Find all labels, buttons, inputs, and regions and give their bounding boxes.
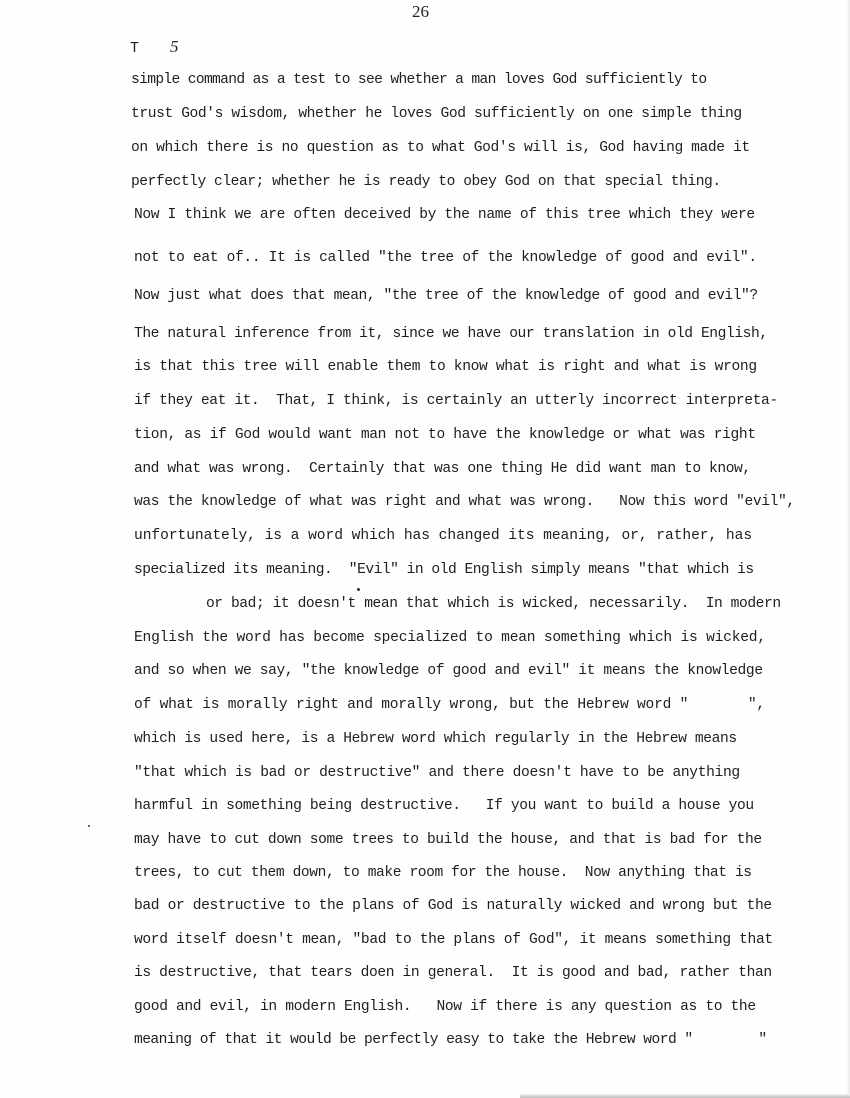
text-line: which is used here, is a Hebrew word whi… [134, 730, 737, 748]
text-line: Now I think we are often deceived by the… [134, 206, 755, 224]
ink-speck [88, 825, 90, 827]
section-header-mark: T5 [130, 37, 179, 57]
text-line: and what was wrong. Certainly that was o… [134, 460, 751, 478]
text-line: harmful in something being destructive. … [134, 797, 754, 815]
text-line: simple command as a test to see whether … [131, 71, 706, 89]
text-line: word itself doesn't mean, "bad to the pl… [134, 931, 773, 949]
text-line: English the word has become specialized … [134, 629, 766, 647]
text-line: is that this tree will enable them to kn… [134, 358, 757, 376]
text-line: bad or destructive to the plans of God i… [134, 897, 772, 915]
text-line: trees, to cut them down, to make room fo… [134, 864, 752, 882]
text-line: perfectly clear; whether he is ready to … [131, 173, 721, 191]
header-letter: T [130, 40, 170, 57]
text-line: not to eat of.. It is called "the tree o… [134, 249, 757, 267]
text-line: Now just what does that mean, "the tree … [134, 287, 758, 305]
text-line: specialized its meaning. "Evil" in old E… [134, 561, 754, 579]
text-line: may have to cut down some trees to build… [134, 831, 762, 849]
header-number: 5 [170, 37, 179, 56]
text-line: of what is morally right and morally wro… [134, 696, 765, 714]
text-line: good and evil, in modern English. Now if… [134, 998, 756, 1016]
text-line: meaning of that it would be perfectly ea… [134, 1031, 767, 1049]
text-line: tion, as if God would want man not to ha… [134, 426, 756, 444]
text-line: and so when we say, "the knowledge of go… [134, 662, 763, 680]
text-line: unfortunately, is a word which has chang… [134, 527, 752, 545]
text-line: The natural inference from it, since we … [134, 325, 768, 343]
text-line: was the knowledge of what was right and … [134, 493, 795, 511]
text-line: if they eat it. That, I think, is certai… [134, 392, 778, 410]
text-line: "that which is bad or destructive" and t… [134, 764, 740, 782]
text-line: is destructive, that tears doen in gener… [134, 964, 772, 982]
ink-speck [357, 588, 360, 591]
text-line: trust God's wisdom, whether he loves God… [131, 105, 742, 123]
scan-bottom-shadow [520, 1094, 850, 1098]
text-line: on which there is no question as to what… [131, 139, 750, 157]
page-number: 26 [412, 2, 429, 22]
document-page: 26 T5 simple command as a test to see wh… [0, 0, 850, 1098]
text-line: or bad; it doesn't mean that which is wi… [156, 595, 781, 613]
